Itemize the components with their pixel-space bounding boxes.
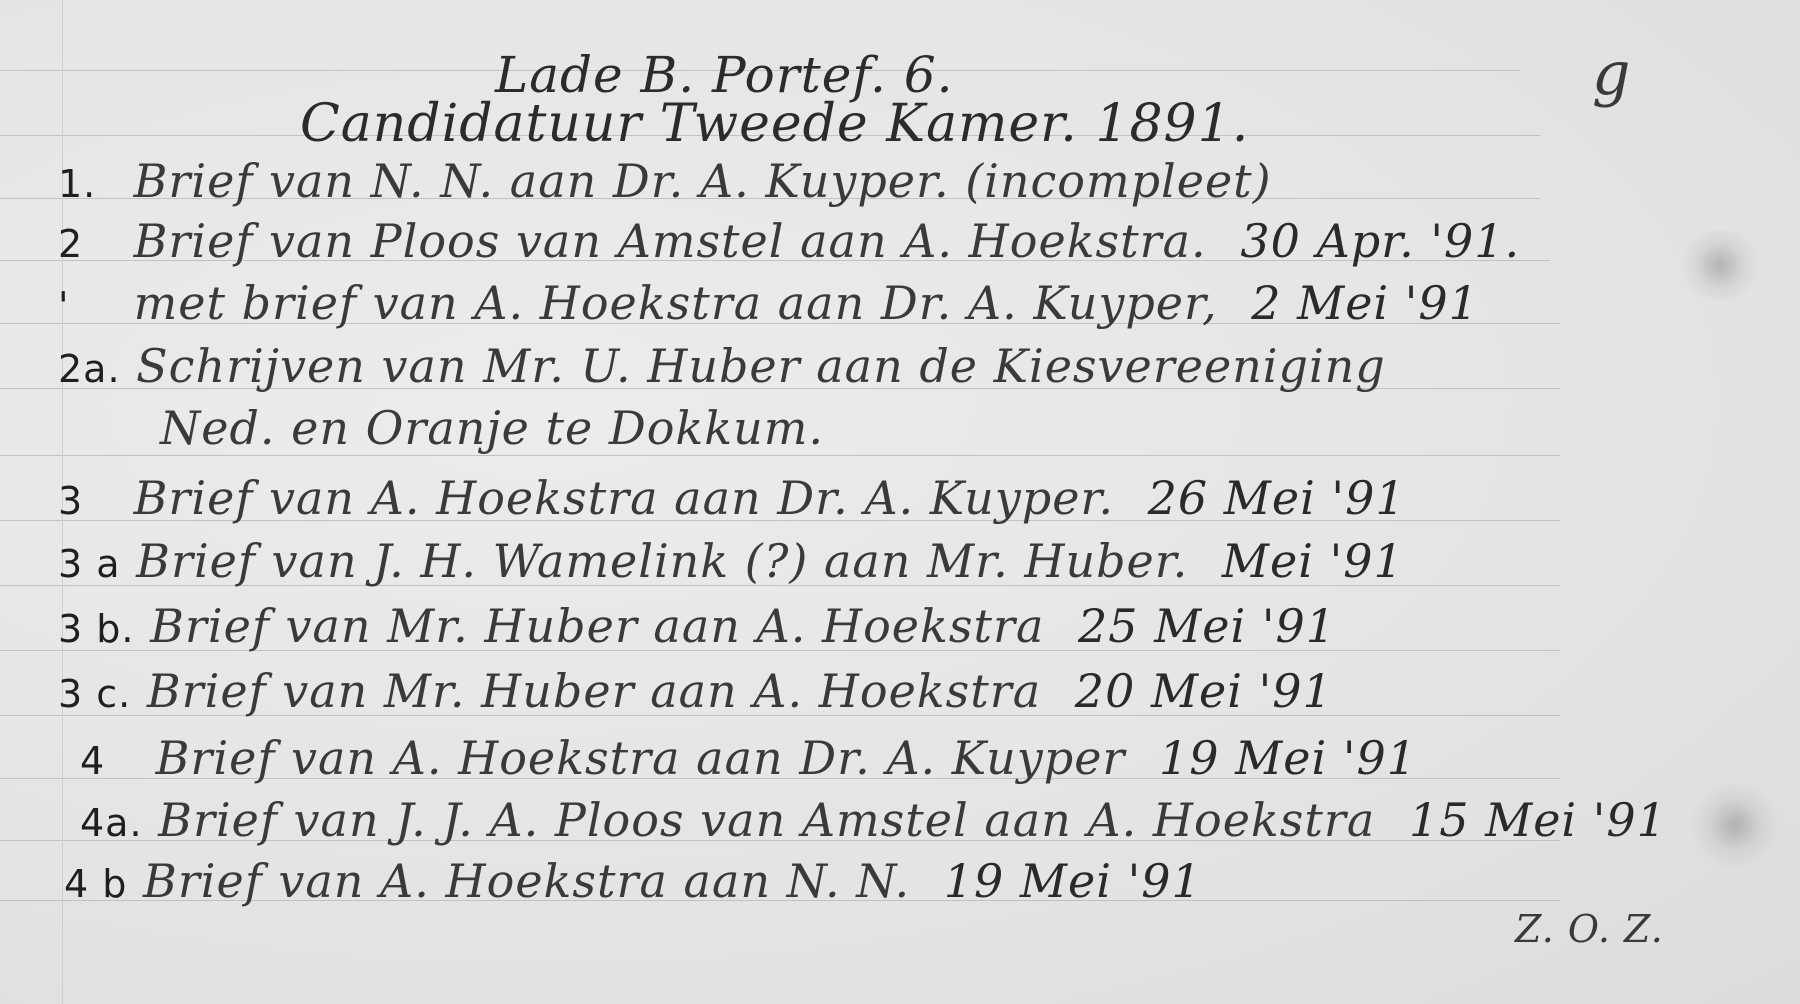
entry-text: Brief van J. J. A. Ploos van Amstel aan … bbox=[158, 793, 1375, 847]
entry-row: 4 b Brief van A. Hoekstra aan N. N. 19 M… bbox=[64, 858, 1202, 904]
entry-number: ' bbox=[58, 287, 118, 325]
corner-mark: g bbox=[1592, 44, 1631, 104]
entry-number: 3 bbox=[58, 482, 118, 520]
entry-row: 2 Brief van Ploos van Amstel aan A. Hoek… bbox=[58, 218, 1520, 264]
entry-text: Brief van A. Hoekstra aan N. N. bbox=[143, 854, 910, 908]
ruled-line bbox=[0, 455, 1560, 456]
entry-number: 3 c. bbox=[58, 675, 131, 713]
entry-text: met brief van A. Hoekstra aan Dr. A. Kuy… bbox=[134, 276, 1218, 330]
heading-candidacy: Candidatuur Tweede Kamer. 1891. bbox=[300, 98, 1249, 150]
ink-smudge bbox=[1675, 230, 1765, 300]
entry-row: ' met brief van A. Hoekstra aan Dr. A. K… bbox=[58, 280, 1479, 326]
entry-row: 1. Brief van N. N. aan Dr. A. Kuyper. (i… bbox=[58, 158, 1272, 204]
entry-text: Brief van N. N. aan Dr. A. Kuyper. (inco… bbox=[134, 154, 1272, 208]
entry-text: Brief van Mr. Huber aan A. Hoekstra bbox=[150, 599, 1044, 653]
entry-row: 2a. Schrijven van Mr. U. Huber aan de Ki… bbox=[58, 343, 1386, 389]
entry-date: 19 Mei '91 bbox=[944, 854, 1202, 908]
entry-row: 4 Brief van A. Hoekstra aan Dr. A. Kuype… bbox=[80, 735, 1417, 781]
entry-number: 3 a bbox=[58, 545, 121, 583]
entry-row: 3 a Brief van J. H. Wamelink (?) aan Mr.… bbox=[58, 538, 1404, 584]
entry-row: Ned. en Oranje te Dokkum. bbox=[160, 405, 824, 451]
entry-date: 30 Apr. '91. bbox=[1240, 214, 1520, 268]
entry-date: 26 Mei '91 bbox=[1148, 471, 1406, 525]
entry-number: 2 bbox=[58, 225, 118, 263]
entry-date: Mei '91 bbox=[1222, 534, 1404, 588]
entry-number: 1. bbox=[58, 165, 118, 203]
entry-text: Brief van Ploos van Amstel aan A. Hoekst… bbox=[134, 214, 1207, 268]
entry-date: 25 Mei '91 bbox=[1078, 599, 1336, 653]
ledger-page: Lade B. Portef. 6. Candidatuur Tweede Ka… bbox=[0, 0, 1800, 1004]
entry-text: Brief van Mr. Huber aan A. Hoekstra bbox=[147, 664, 1041, 718]
entry-date: 15 Mei '91 bbox=[1409, 793, 1667, 847]
ink-smudge bbox=[1690, 780, 1780, 870]
entry-number: 4 b bbox=[64, 865, 127, 903]
entry-row: 3 Brief van A. Hoekstra aan Dr. A. Kuype… bbox=[58, 475, 1406, 521]
entry-text: Ned. en Oranje te Dokkum. bbox=[160, 401, 824, 455]
entry-date: 19 Mei '91 bbox=[1159, 731, 1417, 785]
entry-number: 4a. bbox=[80, 804, 143, 842]
entry-number: 2a. bbox=[58, 350, 121, 388]
entry-row: 4a. Brief van J. J. A. Ploos van Amstel … bbox=[80, 797, 1667, 843]
entry-text: Brief van J. H. Wamelink (?) aan Mr. Hub… bbox=[136, 534, 1188, 588]
entry-text: Brief van A. Hoekstra aan Dr. A. Kuyper. bbox=[134, 471, 1114, 525]
entry-date: 20 Mei '91 bbox=[1075, 664, 1333, 718]
entry-date: 2 Mei '91 bbox=[1251, 276, 1479, 330]
entry-text: Schrijven van Mr. U. Huber aan de Kiesve… bbox=[136, 339, 1386, 393]
entry-text: Brief van A. Hoekstra aan Dr. A. Kuyper bbox=[156, 731, 1126, 785]
entry-row: 3 b. Brief van Mr. Huber aan A. Hoekstra… bbox=[58, 603, 1336, 649]
entry-number: 3 b. bbox=[58, 610, 134, 648]
entry-number: 4 bbox=[80, 742, 140, 780]
entry-row: 3 c. Brief van Mr. Huber aan A. Hoekstra… bbox=[58, 668, 1333, 714]
turn-over-note: Z. O. Z. bbox=[1515, 910, 1664, 948]
heading-drawer-portfolio: Lade B. Portef. 6. bbox=[495, 50, 954, 100]
